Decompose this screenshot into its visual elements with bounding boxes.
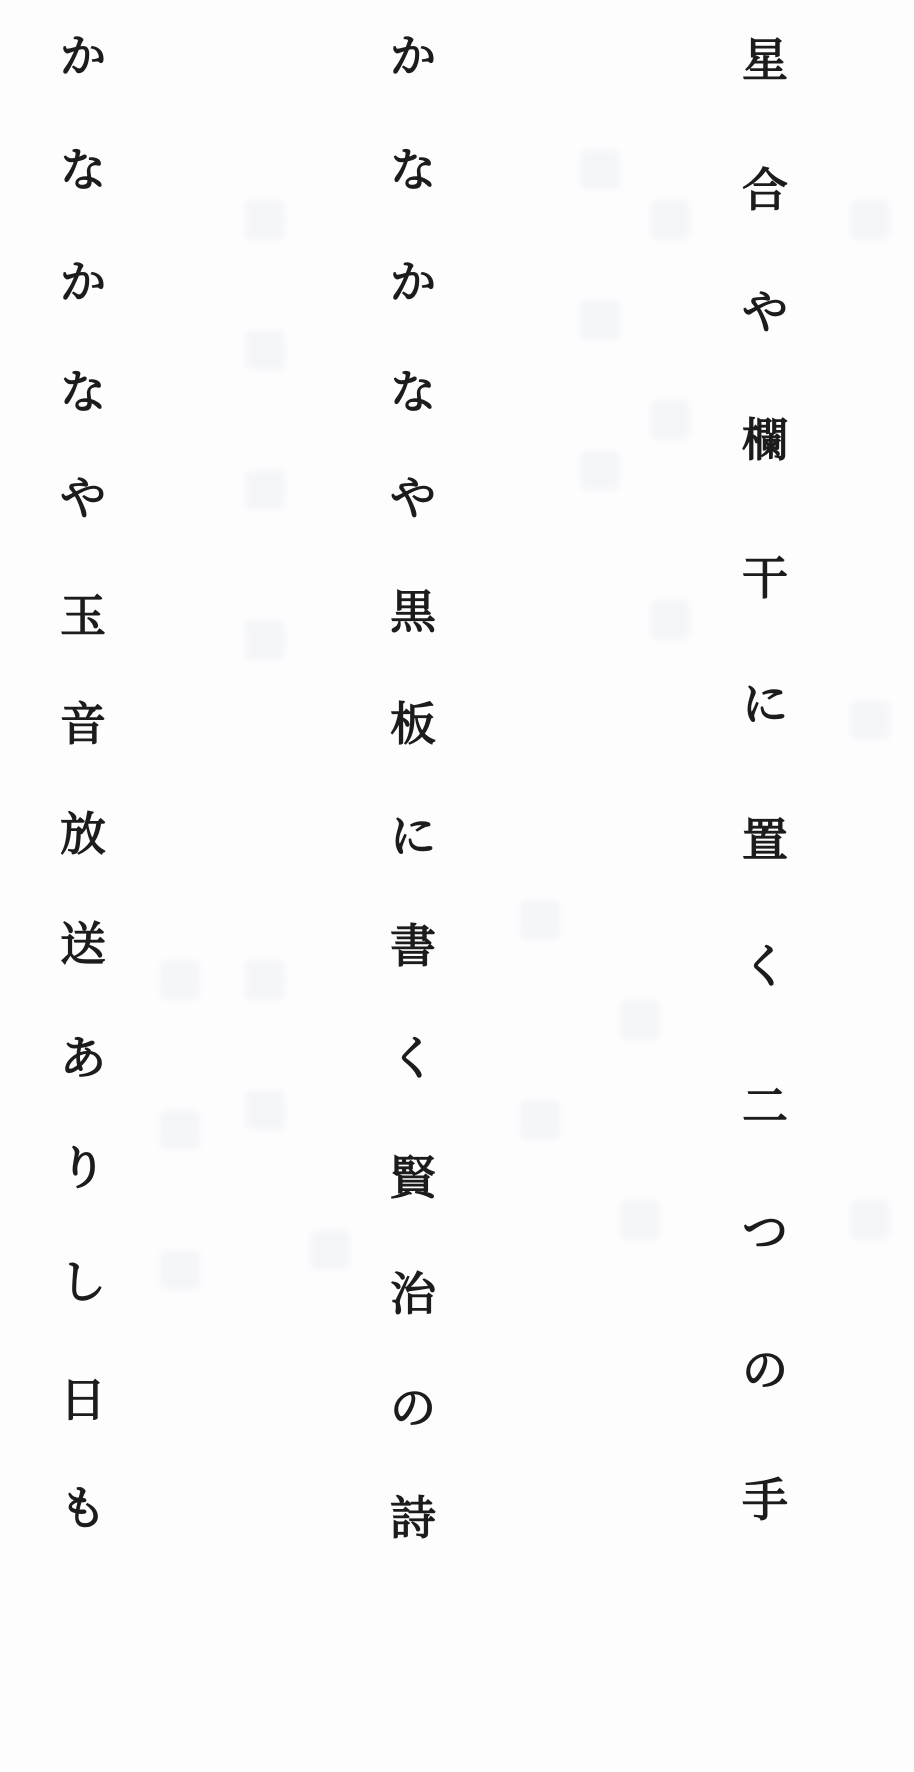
char: や: [38, 470, 128, 526]
char: 玉: [38, 588, 128, 644]
char: く: [720, 938, 810, 994]
char: 手: [720, 1472, 810, 1528]
char: つ: [720, 1204, 810, 1260]
char: 欄: [720, 412, 810, 468]
char: く: [368, 1030, 458, 1086]
char: な: [368, 142, 458, 198]
haiku-column-2: か な か な や 黒 板 に 書 く 賢 治 の 詩: [368, 0, 458, 1772]
char: や: [720, 284, 810, 340]
haiku-column-1: 星 合 や 欄 干 に 置 く 二 つ の 手: [720, 0, 810, 1772]
char: あ: [38, 1030, 128, 1086]
char: 治: [368, 1266, 458, 1322]
char: 置: [720, 812, 810, 868]
char: か: [368, 28, 458, 84]
char: や: [368, 470, 458, 526]
char: 詩: [368, 1490, 458, 1546]
char: か: [38, 254, 128, 310]
char: 合: [720, 162, 810, 218]
char: 黒: [368, 584, 458, 640]
char: 音: [38, 696, 128, 752]
char: か: [368, 254, 458, 310]
char: に: [720, 676, 810, 732]
char: の: [368, 1380, 458, 1436]
char: 板: [368, 696, 458, 752]
char: 星: [720, 32, 810, 88]
char: 書: [368, 918, 458, 974]
char: り: [38, 1140, 128, 1196]
char: な: [368, 364, 458, 420]
char: な: [38, 364, 128, 420]
char: の: [720, 1342, 810, 1398]
char: 干: [720, 550, 810, 606]
char: 賢: [368, 1150, 458, 1206]
char: も: [38, 1480, 128, 1536]
char: 二: [720, 1078, 810, 1134]
char: か: [38, 28, 128, 84]
char: 送: [38, 916, 128, 972]
char: に: [368, 808, 458, 864]
char: し: [38, 1254, 128, 1310]
haiku-column-3: か な か な や 玉 音 放 送 あ り し 日 も: [38, 0, 128, 1772]
char: 放: [38, 806, 128, 862]
char: 日: [38, 1372, 128, 1428]
char: な: [38, 142, 128, 198]
